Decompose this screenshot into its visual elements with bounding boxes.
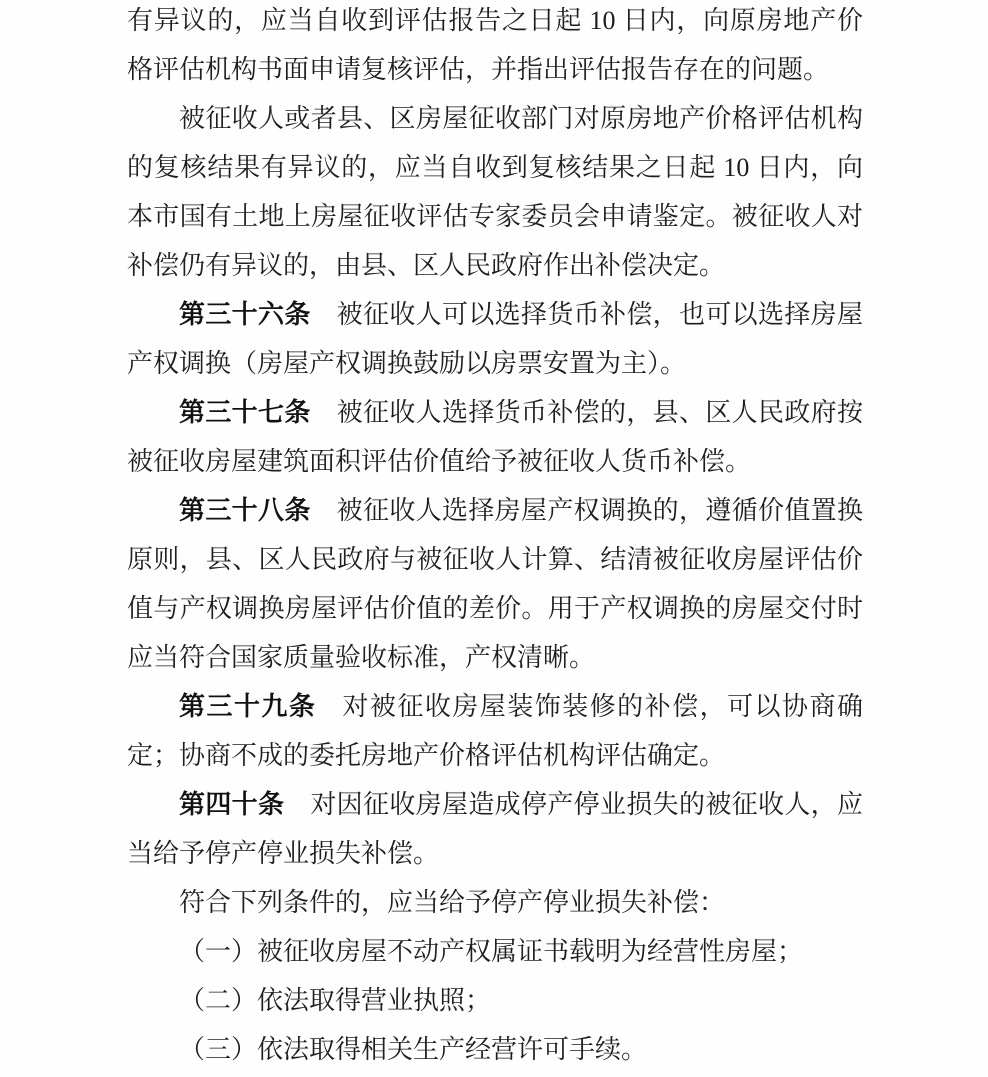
paragraph: 第四十条对因征收房屋造成停产停业损失的被征收人，应当给予停产停业损失补偿。 (127, 780, 863, 878)
article-number: 第三十八条 (179, 495, 311, 525)
paragraph: 第三十八条被征收人选择房屋产权调换的，遵循价值置换原则，县、区人民政府与被征收人… (127, 486, 863, 682)
paragraph: 第三十七条被征收人选择货币补偿的，县、区人民政府按被征收房屋建筑面积评估价值给予… (127, 388, 863, 486)
paragraph-text: （二）依法取得营业执照； (179, 986, 491, 1015)
paragraph: 第三十九条对被征收房屋装饰装修的补偿，可以协商确定；协商不成的委托房地产价格评估… (127, 682, 863, 780)
article-number: 第三十七条 (179, 397, 311, 427)
paragraph: 第三十六条被征收人可以选择货币补偿，也可以选择房屋产权调换（房屋产权调换鼓励以房… (127, 290, 863, 388)
article-number: 第四十条 (179, 789, 284, 819)
paragraph-text: 被征收人或者县、区房屋征收部门对原房地产价格评估机构的复核结果有异议的，应当自收… (127, 104, 863, 280)
paragraph: 被征收人或者县、区房屋征收部门对原房地产价格评估机构的复核结果有异议的，应当自收… (127, 94, 863, 290)
paragraph-text: 有异议的，应当自收到评估报告之日起 10 日内，向原房地产价格评估机构书面申请复… (127, 6, 863, 84)
paragraph-text: （三）依法取得相关生产经营许可手续。 (179, 1035, 647, 1064)
document-page: 有异议的，应当自收到评估报告之日起 10 日内，向原房地产价格评估机构书面申请复… (0, 0, 988, 1073)
paragraph: （三）依法取得相关生产经营许可手续。 (127, 1025, 863, 1074)
paragraph-text: 符合下列条件的，应当给予停产停业损失补偿： (179, 888, 725, 917)
paragraph: 符合下列条件的，应当给予停产停业损失补偿： (127, 878, 863, 927)
paragraph-text: （一）被征收房屋不动产权属证书载明为经营性房屋； (179, 937, 803, 966)
article-number: 第三十六条 (179, 299, 311, 329)
paragraph: 有异议的，应当自收到评估报告之日起 10 日内，向原房地产价格评估机构书面申请复… (127, 0, 863, 94)
text-block: 有异议的，应当自收到评估报告之日起 10 日内，向原房地产价格评估机构书面申请复… (127, 0, 863, 1074)
paragraph: （二）依法取得营业执照； (127, 976, 863, 1025)
article-number: 第三十九条 (179, 691, 316, 721)
paragraph: （一）被征收房屋不动产权属证书载明为经营性房屋； (127, 927, 863, 976)
